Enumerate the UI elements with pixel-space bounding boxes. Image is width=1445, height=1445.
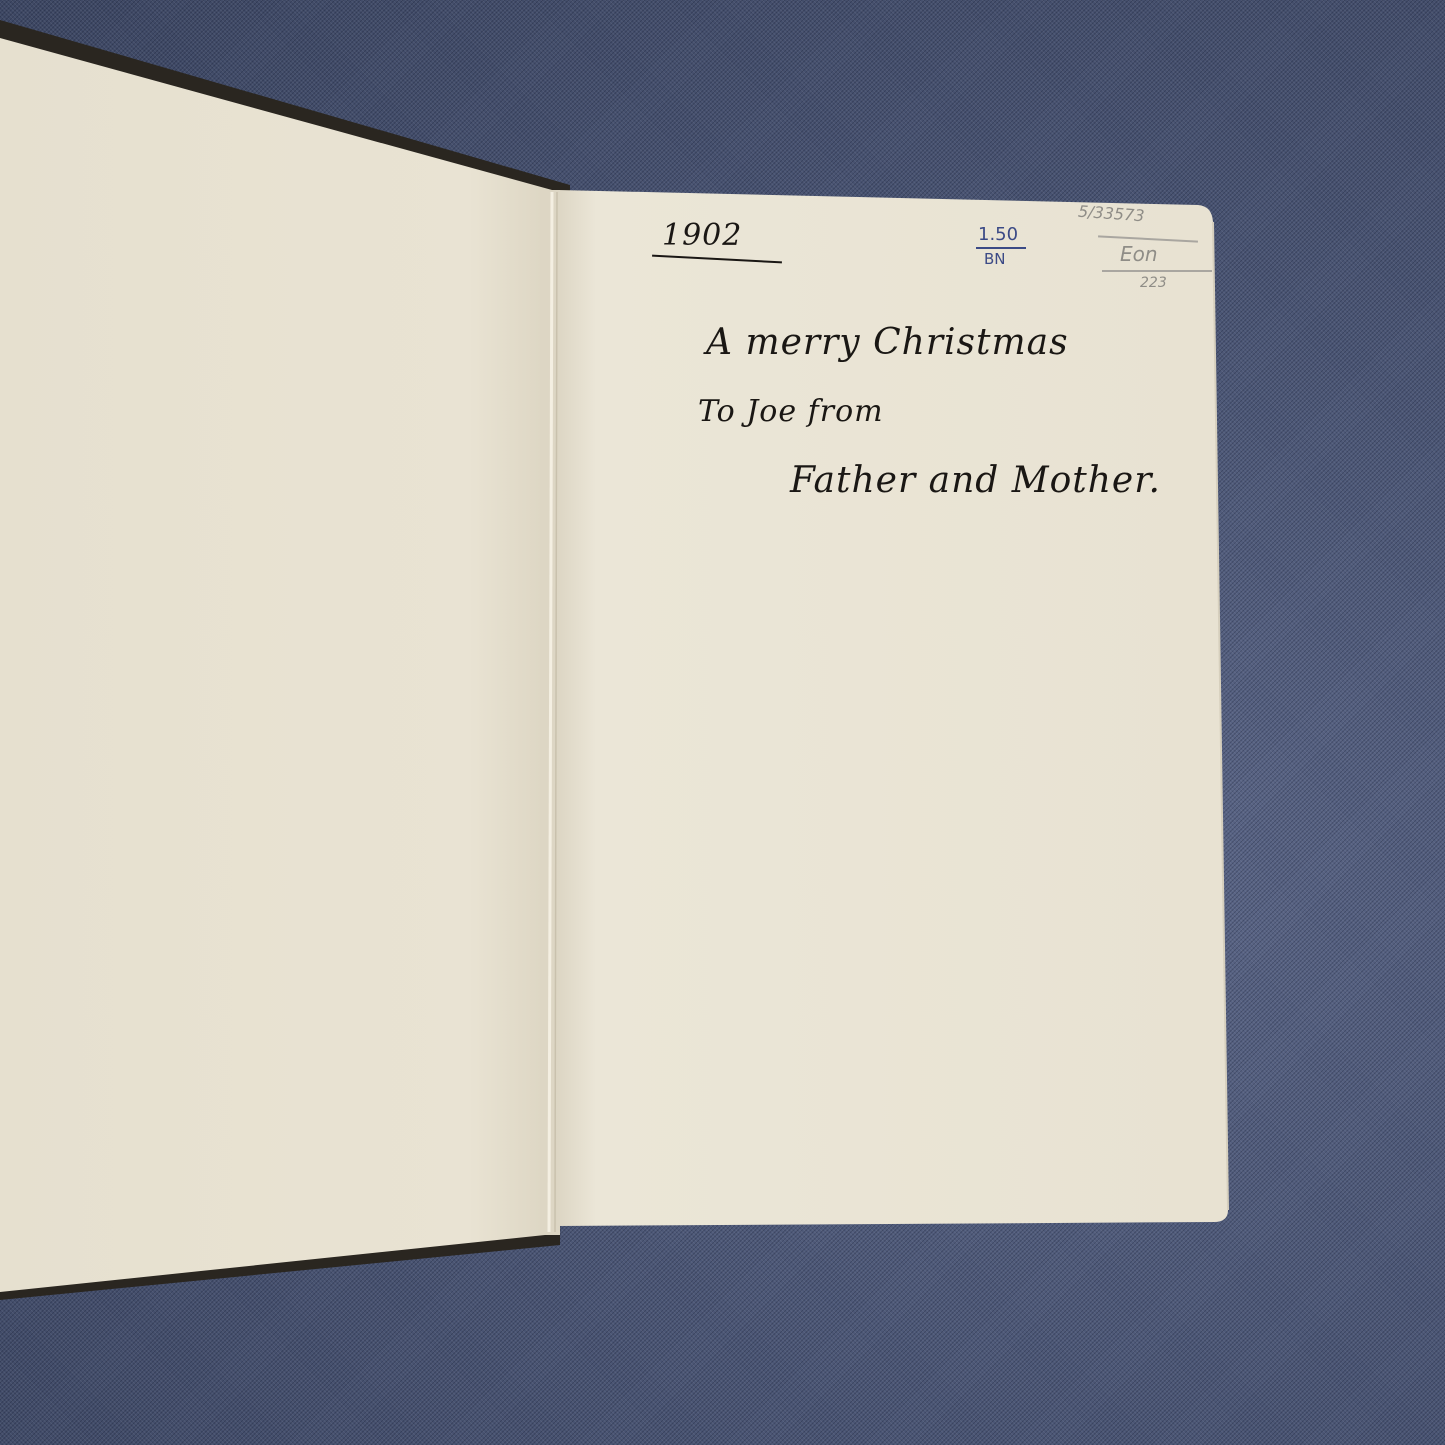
left-page: [0, 38, 552, 1292]
pencil-rule-2: [1102, 270, 1212, 272]
pencil-note-code: Eon: [1120, 242, 1158, 266]
price-divider: [976, 247, 1026, 249]
inscription-line-2: To Joe from: [698, 394, 884, 429]
inscription-line-3: Father and Mother.: [790, 460, 1161, 501]
photo-scene: 1902 1.50 BN 5/33573 Eon 223 A merry Chr…: [0, 0, 1445, 1445]
open-book: [0, 0, 1445, 1445]
price-numerator: 1.50: [978, 224, 1018, 245]
pencil-note-shelf: 223: [1140, 275, 1167, 291]
price-denominator: BN: [984, 250, 1006, 268]
inscription-year: 1902: [662, 218, 742, 253]
inscription-line-1: A merry Christmas: [706, 322, 1069, 363]
